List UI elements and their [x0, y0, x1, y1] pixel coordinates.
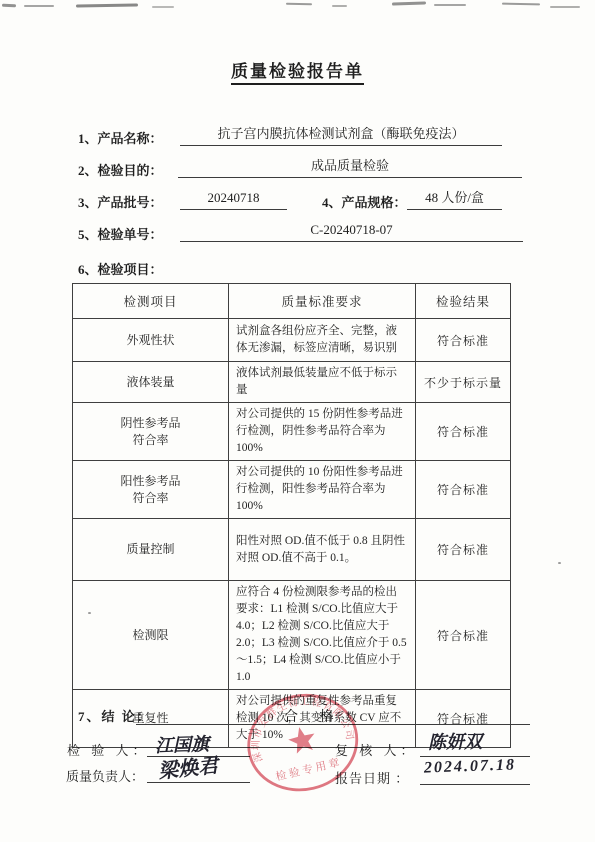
- scan-artifact: [152, 6, 174, 8]
- scan-artifact: [550, 6, 580, 8]
- col-header-standard: 质量标准要求: [229, 284, 416, 319]
- table-row: 阴性参考品 符合率 对公司提供的 15 份阴性参考品进行检测，阴性参考品符合率为…: [73, 403, 511, 461]
- scan-artifact: [392, 1, 426, 5]
- result-cell: 不少于标示量: [416, 362, 511, 403]
- inspector-label: 检 验 人：: [67, 740, 150, 759]
- standard-cell: 对公司提供的 15 份阴性参考品进行检测，阴性参考品符合率为 100%: [229, 403, 416, 461]
- result-cell: 符合标准: [416, 319, 511, 362]
- purpose-value: 成品质量检验: [178, 156, 522, 178]
- star-icon: [286, 724, 318, 755]
- standard-cell: 对公司提供的 10 份阳性参考品进行检测，阳性参考品符合率为 100%: [229, 461, 416, 519]
- col-header-result: 检验结果: [416, 284, 511, 319]
- purpose-label: 2、检验目的：: [78, 160, 163, 179]
- reviewer-signature: 陈妍双: [428, 728, 482, 755]
- item-cell: 阳性参考品 符合率: [73, 461, 229, 519]
- report-date-value: 2024.07.18: [424, 756, 517, 777]
- scanned-report-page: 质量检验报告单 1、产品名称： 抗子宫内膜抗体检测试剂盒（酶联免疫法） 2、检验…: [0, 0, 595, 842]
- batch-value: 20240718: [180, 188, 287, 210]
- spec-value: 48 人份/盒: [407, 188, 502, 210]
- product-name-label: 1、产品名称：: [78, 128, 163, 147]
- item-cell: 液体装量: [73, 362, 229, 403]
- table-row: 检测限 应符合 4 份检测限参考品的检出要求：L1 检测 S/CO.比值应大于 …: [73, 581, 511, 690]
- report-no-label: 5、检验单号：: [78, 224, 163, 243]
- standard-cell: 试剂盒各组份应齐全、完整，液体无渗漏，标签应清晰，易识别: [229, 319, 416, 362]
- col-header-item: 检测项目: [73, 284, 229, 319]
- item-cell: 阴性参考品 符合率: [73, 403, 229, 461]
- batch-label: 3、产品批号：: [78, 192, 163, 211]
- table-row: 质量控制 阳性对照 OD.值不低于 0.8 且阴性对照 OD.值不高于 0.1。…: [73, 519, 511, 581]
- scan-artifact: [24, 5, 54, 7]
- scan-artifact: [502, 3, 540, 6]
- spec-label: 4、产品规格：: [322, 192, 407, 211]
- result-cell: 符合标准: [416, 461, 511, 519]
- result-cell: 符合标准: [416, 403, 511, 461]
- table-row: 液体装量 液体试剂最低装量应不低于标示量 不少于标示量: [73, 362, 511, 403]
- conclusion-value: 合 格: [284, 706, 343, 726]
- standard-cell: 阳性对照 OD.值不低于 0.8 且阴性对照 OD.值不高于 0.1。: [229, 519, 416, 581]
- items-heading: 6、检验项目：: [78, 259, 163, 278]
- scan-speck: [558, 562, 561, 564]
- product-name-value: 抗子宫内膜抗体检测试剂盒（酶联免疫法）: [180, 124, 502, 146]
- table-row: 外观性状 试剂盒各组份应齐全、完整，液体无渗漏，标签应清晰，易识别 符合标准: [73, 319, 511, 362]
- scan-artifact: [332, 5, 347, 7]
- standard-cell: 液体试剂最低装量应不低于标示量: [229, 362, 416, 403]
- item-cell: 外观性状: [73, 319, 229, 362]
- inspection-table: 检测项目 质量标准要求 检验结果 外观性状 试剂盒各组份应齐全、完整，液体无渗漏…: [72, 283, 511, 748]
- quality-manager-label: 质量负责人：: [66, 766, 144, 785]
- result-cell: 符合标准: [416, 519, 511, 581]
- item-cell: 检测限: [73, 581, 229, 690]
- scan-artifact: [286, 3, 312, 5]
- page-title: 质量检验报告单: [0, 57, 595, 82]
- table-row: 阳性参考品 符合率 对公司提供的 10 份阳性参考品进行检测，阳性参考品符合率为…: [73, 461, 511, 519]
- scan-artifact: [76, 3, 138, 7]
- report-no-value: C-20240718-07: [180, 220, 523, 242]
- scan-artifact: [434, 4, 466, 6]
- table-header-row: 检测项目 质量标准要求 检验结果: [73, 284, 511, 319]
- standard-cell: 应符合 4 份检测限参考品的检出要求：L1 检测 S/CO.比值应大于 4.0；…: [229, 581, 416, 690]
- item-cell: 质量控制: [73, 519, 229, 581]
- result-cell: 符合标准: [416, 581, 511, 690]
- scan-artifact: [2, 4, 16, 7]
